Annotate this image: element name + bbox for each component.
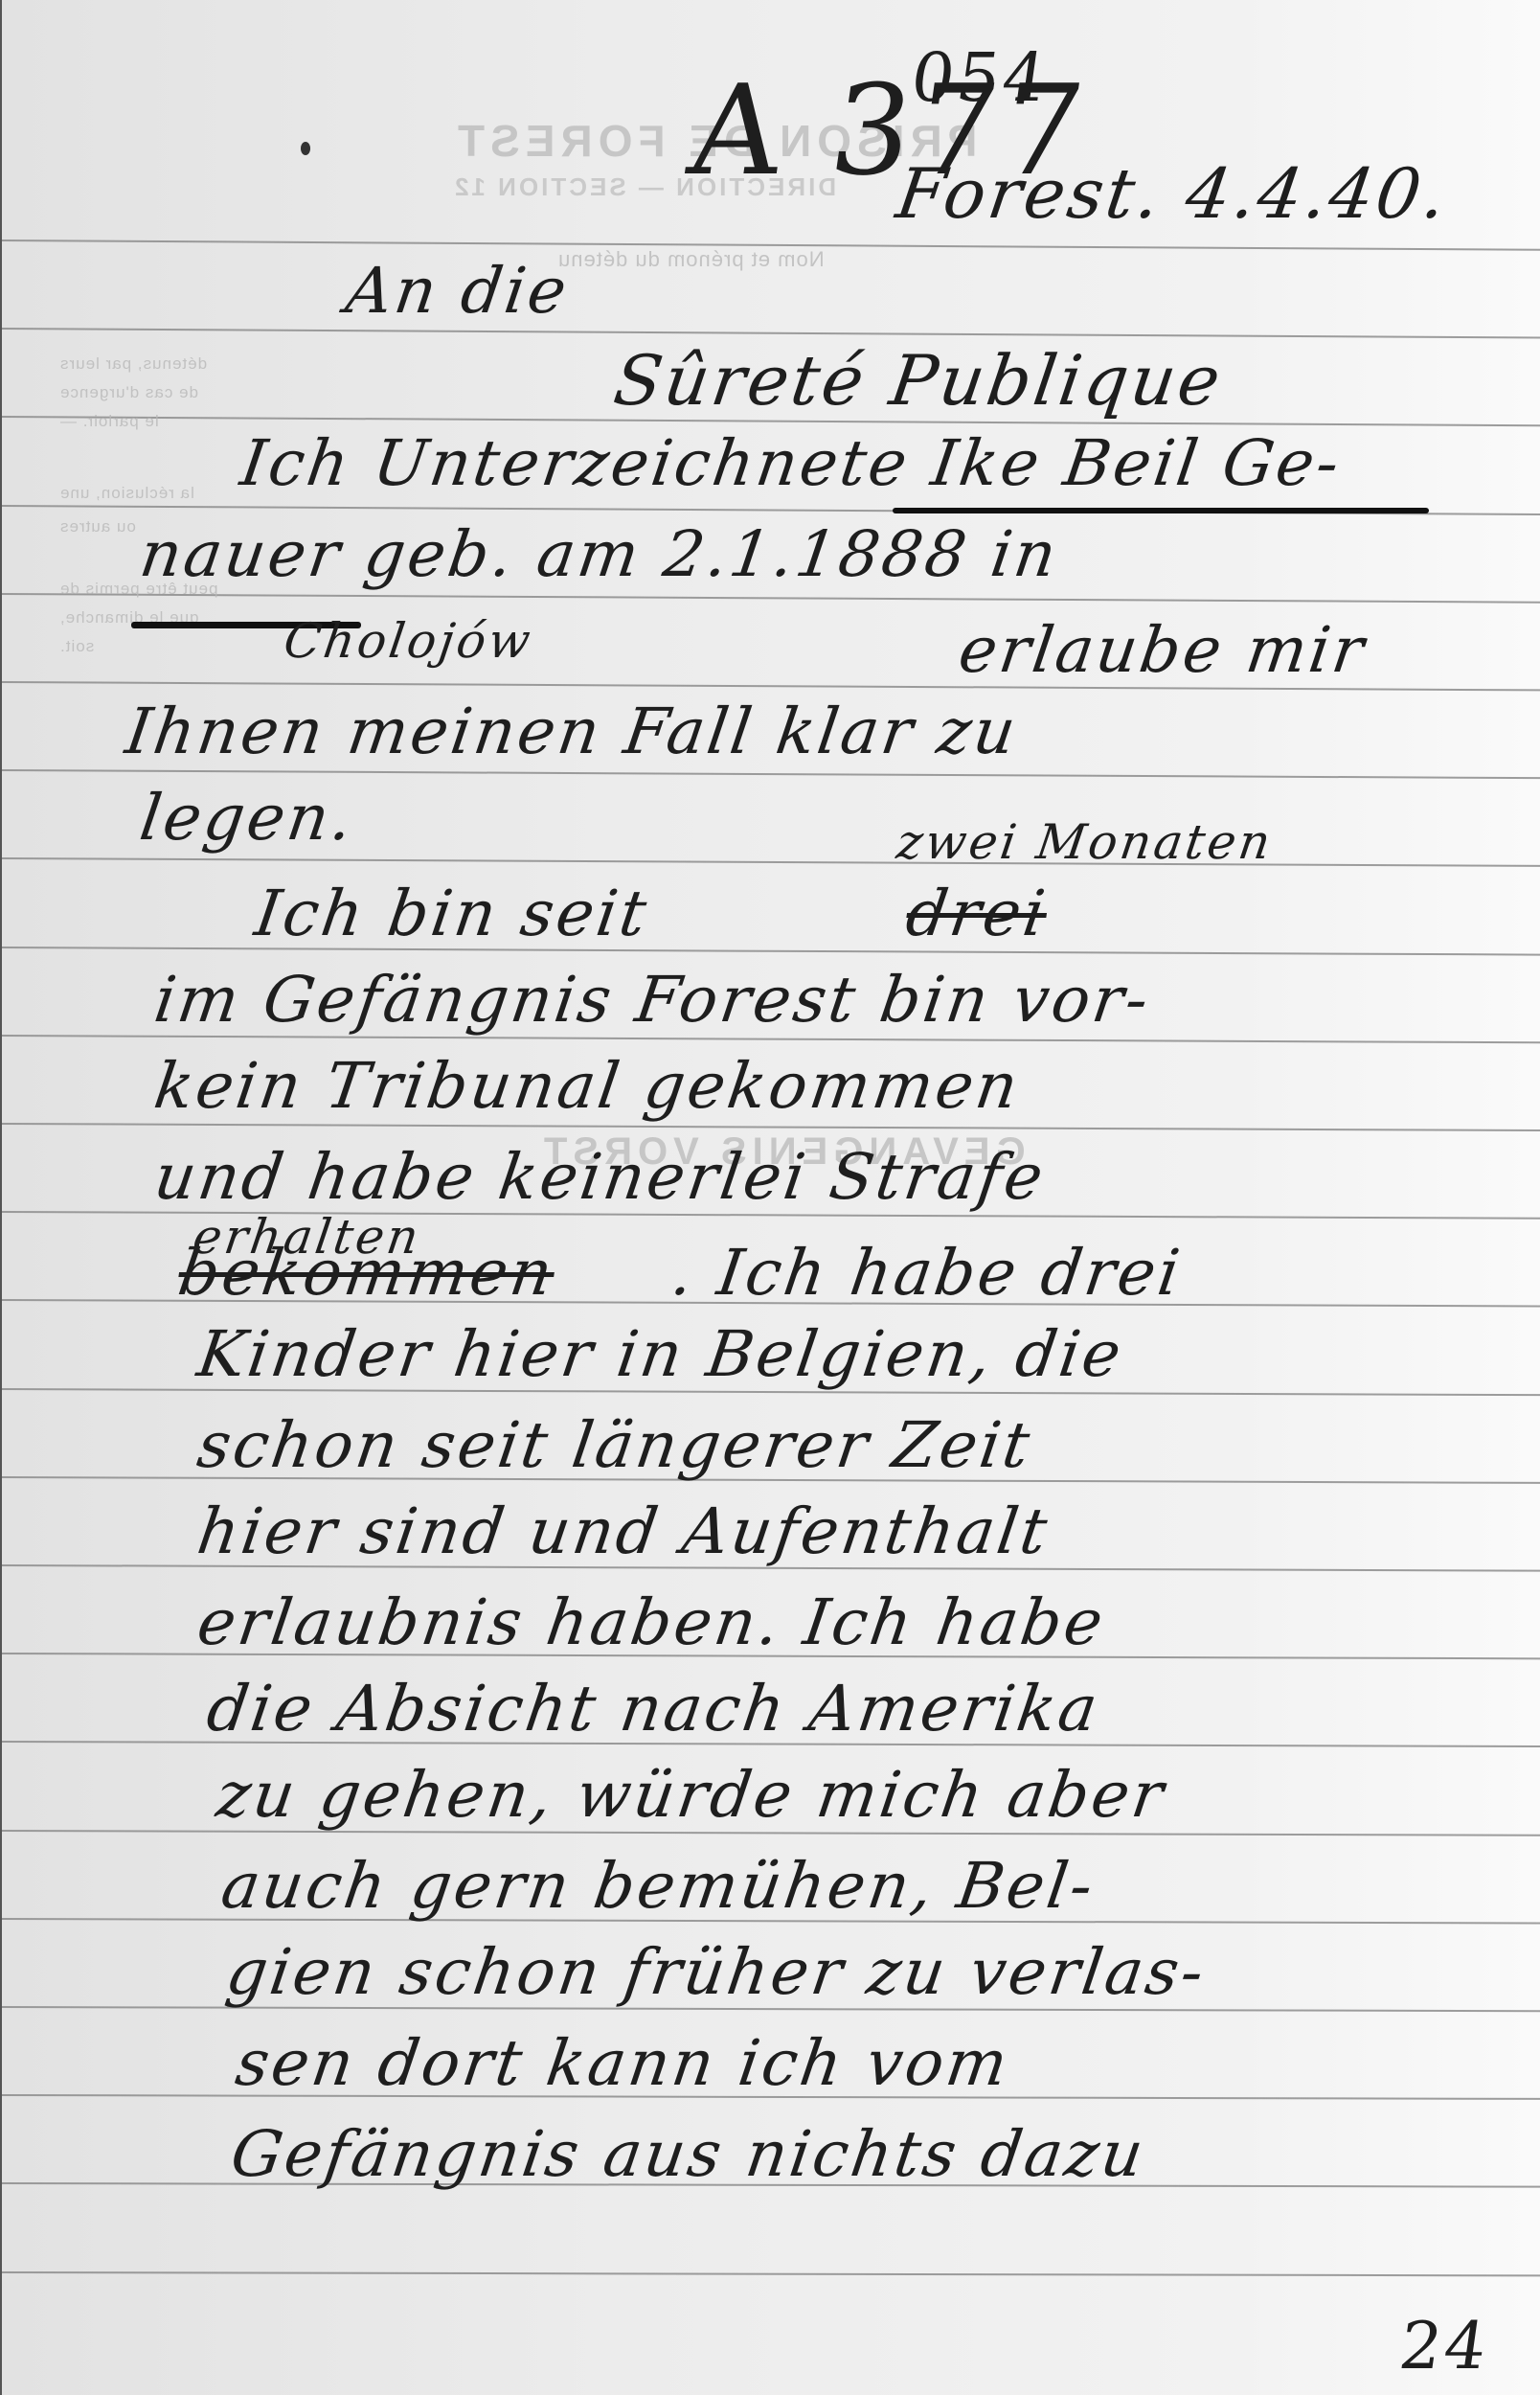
ruled-line [2, 947, 1540, 956]
letter-line: erlaube mir [955, 613, 1371, 687]
letter-line: Ihnen meinen Fall klar zu [122, 695, 1023, 768]
printed-fragment: le parloir. — [59, 412, 159, 431]
letter-line: schon seit längerer Zeit [193, 1408, 1037, 1482]
letter-line: zu gehen, würde mich aber [213, 1758, 1171, 1832]
ruled-line [2, 593, 1540, 604]
letter-line: kein Tribunal gekommen [150, 1049, 1026, 1123]
salutation-to: An die [342, 254, 574, 328]
letter-line-birthplace: Cholojów [281, 613, 536, 669]
printed-fragment: détenus, par leurs [59, 354, 207, 374]
struck-word: drei [902, 877, 1053, 950]
printed-header-name: Nom et prénom du détenu [557, 247, 825, 272]
letter-line: auch gern bemühen, Bel- [217, 1849, 1100, 1923]
ruled-line [2, 328, 1540, 339]
archive-number-superscript: 054 [906, 38, 1053, 117]
letter-line: gien schon früher zu verlas- [222, 1935, 1212, 2009]
letter-line: nauer geb. am 2.1.1888 in [136, 517, 1064, 591]
printed-fragment: ou autres [59, 517, 136, 536]
ruled-line [2, 2271, 1540, 2276]
ruled-line [2, 857, 1540, 867]
struck-word: bekommen [174, 1236, 560, 1310]
letter-line: die Absicht nach Amerika [203, 1672, 1105, 1745]
letter-line: Kinder hier in Belgien, die [193, 1317, 1128, 1391]
letter-line: Gefängnis aus nichts dazu [227, 2117, 1151, 2191]
printed-fragment: de cas d'urgence [59, 383, 198, 402]
letter-line: im Gefängnis Forest bin vor- [150, 963, 1156, 1037]
letter-line: sen dort kann ich vom [232, 2026, 1015, 2100]
letter-line: Ich Unterzeichnete Ike Beil Ge- [237, 426, 1347, 500]
place-date: Forest. 4.4.40. [892, 153, 1454, 234]
name-underline [893, 508, 1429, 513]
page-number: 24 [1394, 2309, 1494, 2384]
letter-line: . Ich habe drei [668, 1236, 1187, 1310]
letter-line: legen. [136, 781, 360, 855]
inserted-correction: zwei Monaten [894, 814, 1277, 870]
letter-line: Ich bin seit [251, 877, 654, 950]
letter-line: und habe keinerlei Strafe [150, 1140, 1051, 1214]
recipient-name: Sûreté Publique [609, 340, 1228, 421]
document-page: PRISON DE FOREST DIRECTION — SECTION 12 … [0, 0, 1540, 2395]
printed-fragment: soit. [59, 637, 94, 656]
ink-dot [301, 142, 310, 155]
ruled-line [2, 769, 1540, 779]
printed-fragment: la réclusion, une [59, 484, 194, 503]
letter-line: erlaubnis haben. Ich habe [193, 1585, 1110, 1659]
letter-line: hier sind und Aufenthalt [193, 1494, 1054, 1568]
